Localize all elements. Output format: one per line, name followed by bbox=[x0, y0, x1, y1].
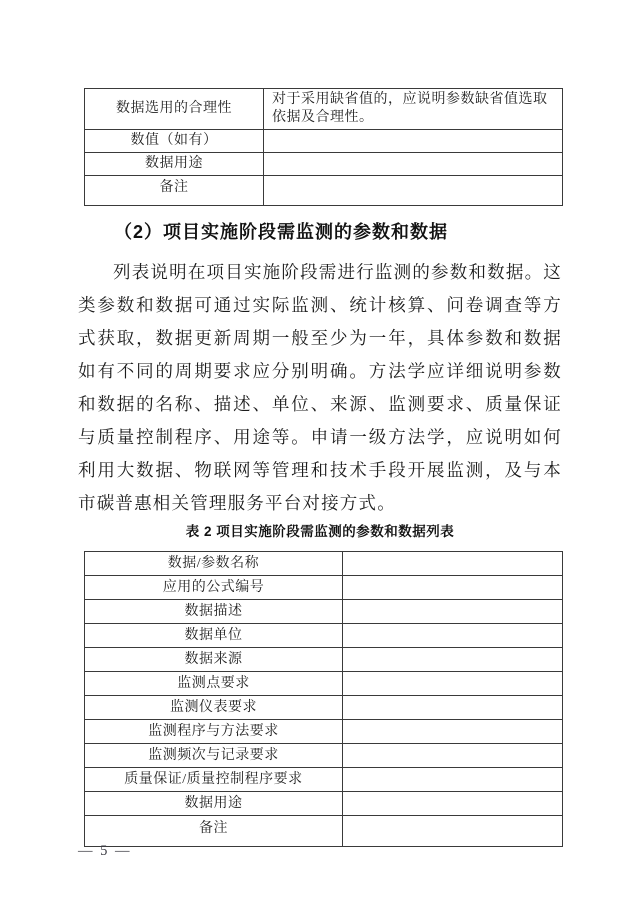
table2: 数据/参数名称 应用的公式编号 数据描述 数据单位 数据来源 监测点要求 bbox=[84, 551, 563, 847]
page-number: — 5 — bbox=[78, 843, 132, 860]
row-label: 数值（如有） bbox=[85, 130, 264, 153]
row-value bbox=[343, 816, 563, 847]
row-value bbox=[343, 648, 563, 672]
table-row: 数据用途 bbox=[85, 792, 563, 816]
row-value bbox=[343, 720, 563, 744]
row-label: 数据描述 bbox=[85, 600, 343, 624]
row-label: 质量保证/质量控制程序要求 bbox=[85, 768, 343, 792]
row-label: 数据/参数名称 bbox=[85, 552, 343, 576]
row-value bbox=[264, 153, 563, 176]
table-row: 监测程序与方法要求 bbox=[85, 720, 563, 744]
row-label: 备注 bbox=[85, 816, 343, 847]
row-value bbox=[343, 744, 563, 768]
continuation-table: 数据选用的合理性 对于采用缺省值的，应说明参数缺省值选取依据及合理性。 数值（如… bbox=[84, 88, 563, 206]
row-value: 对于采用缺省值的，应说明参数缺省值选取依据及合理性。 bbox=[264, 89, 563, 130]
table-row: 数值（如有） bbox=[85, 130, 563, 153]
row-label: 数据来源 bbox=[85, 648, 343, 672]
row-label: 监测程序与方法要求 bbox=[85, 720, 343, 744]
table-row: 监测点要求 bbox=[85, 672, 563, 696]
row-label: 监测频次与记录要求 bbox=[85, 744, 343, 768]
table-row: 数据描述 bbox=[85, 600, 563, 624]
row-label: 应用的公式编号 bbox=[85, 576, 343, 600]
table-row: 数据来源 bbox=[85, 648, 563, 672]
row-value bbox=[343, 672, 563, 696]
page-content: 数据选用的合理性 对于采用缺省值的，应说明参数缺省值选取依据及合理性。 数值（如… bbox=[78, 0, 562, 847]
row-value bbox=[343, 600, 563, 624]
section-heading: （2）项目实施阶段需监测的参数和数据 bbox=[78, 220, 562, 244]
table-row: 质量保证/质量控制程序要求 bbox=[85, 768, 563, 792]
row-value bbox=[343, 624, 563, 648]
table-row: 备注 bbox=[85, 176, 563, 206]
table-row: 数据用途 bbox=[85, 153, 563, 176]
section-paragraph: 列表说明在项目实施阶段需进行监测的参数和数据。这类参数和数据可通过实际监测、统计… bbox=[78, 256, 562, 520]
table-row: 数据单位 bbox=[85, 624, 563, 648]
row-label: 数据用途 bbox=[85, 153, 264, 176]
row-value bbox=[343, 768, 563, 792]
table-row: 监测频次与记录要求 bbox=[85, 744, 563, 768]
row-value bbox=[343, 792, 563, 816]
table-row: 数据选用的合理性 对于采用缺省值的，应说明参数缺省值选取依据及合理性。 bbox=[85, 89, 563, 130]
row-value bbox=[343, 696, 563, 720]
row-label: 监测仪表要求 bbox=[85, 696, 343, 720]
row-value bbox=[343, 552, 563, 576]
row-label: 监测点要求 bbox=[85, 672, 343, 696]
row-value bbox=[264, 176, 563, 206]
row-label: 备注 bbox=[85, 176, 264, 206]
document-page: 数据选用的合理性 对于采用缺省值的，应说明参数缺省值选取依据及合理性。 数值（如… bbox=[0, 0, 641, 909]
row-label: 数据单位 bbox=[85, 624, 343, 648]
table-row: 备注 bbox=[85, 816, 563, 847]
table-row: 数据/参数名称 bbox=[85, 552, 563, 576]
row-label: 数据用途 bbox=[85, 792, 343, 816]
row-label: 数据选用的合理性 bbox=[85, 89, 264, 130]
table2-caption: 表 2 项目实施阶段需监测的参数和数据列表 bbox=[78, 523, 562, 540]
table-row: 应用的公式编号 bbox=[85, 576, 563, 600]
row-value bbox=[343, 576, 563, 600]
table-row: 监测仪表要求 bbox=[85, 696, 563, 720]
row-value bbox=[264, 130, 563, 153]
